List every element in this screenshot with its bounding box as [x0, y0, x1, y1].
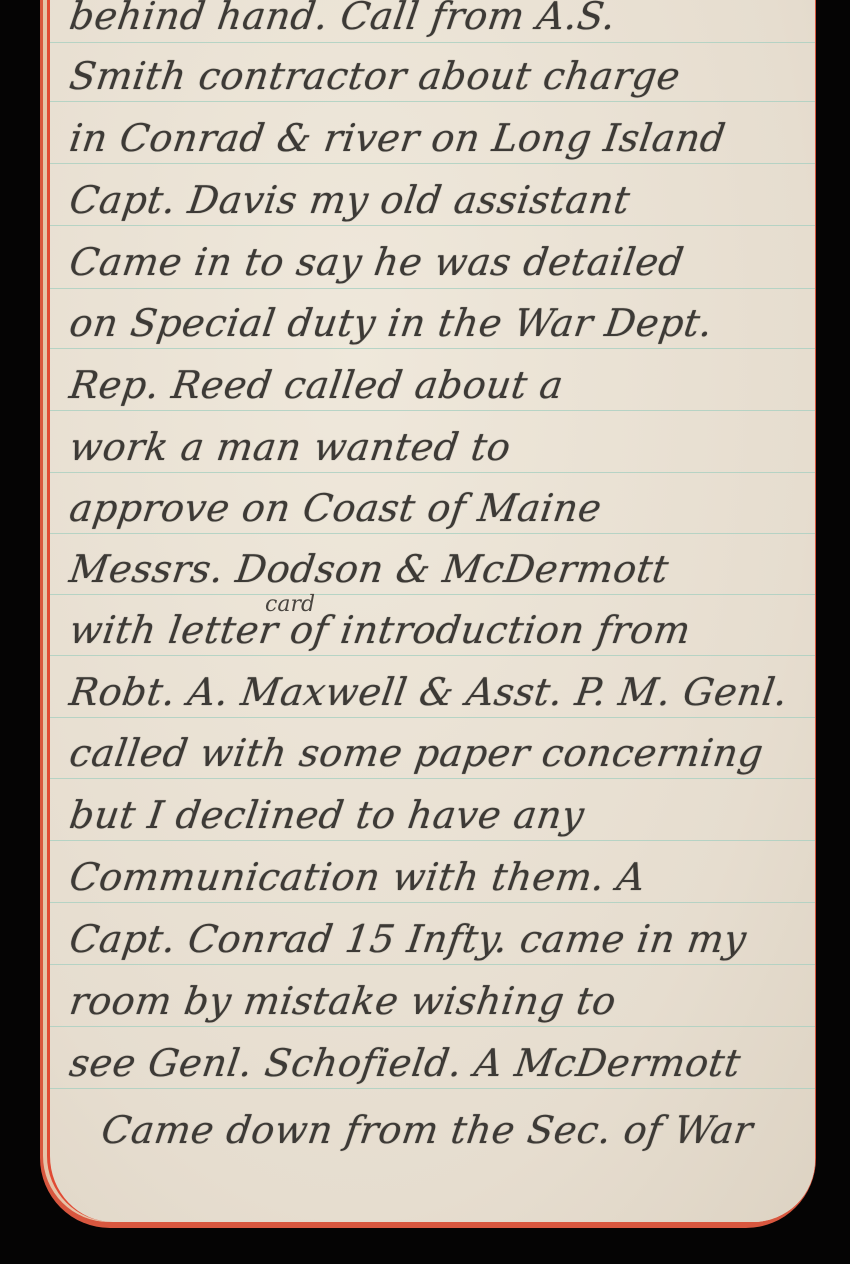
handwritten-line: Capt. Davis my old assistant	[67, 178, 788, 222]
handwritten-line: Smith contractor about charge	[67, 54, 788, 98]
handwritten-line: Capt. Conrad 15 Infty. came in my	[67, 917, 788, 961]
rule-line	[50, 533, 815, 534]
rule-line	[50, 163, 815, 164]
rule-line	[50, 348, 815, 349]
handwritten-line: approve on Coast of Maine	[67, 486, 788, 530]
handwritten-line: Rep. Reed called about a	[67, 363, 788, 407]
rule-line	[50, 840, 815, 841]
handwritten-line: work a man wanted to	[67, 425, 788, 469]
handwritten-line: but I declined to have any	[67, 793, 788, 837]
rule-line	[50, 655, 815, 656]
rule-line	[50, 1026, 815, 1027]
handwritten-line: see Genl. Schofield. A McDermott	[67, 1041, 788, 1085]
rule-line	[50, 472, 815, 473]
rule-line	[50, 778, 815, 779]
handwritten-line: room by mistake wishing to	[67, 979, 788, 1023]
handwritten-line: on Special duty in the War Dept.	[67, 301, 788, 345]
handwritten-line: called with some paper concerning	[67, 731, 788, 775]
rule-line	[50, 410, 815, 411]
handwritten-line: with letter of introduction from	[67, 608, 788, 652]
rule-line	[50, 42, 815, 43]
handwritten-line: behind hand. Call from A.S.	[67, 0, 788, 38]
rule-line	[50, 964, 815, 965]
handwritten-line: Came in to say he was detailed	[67, 240, 788, 284]
rule-line	[50, 1088, 815, 1089]
rule-line	[50, 902, 815, 903]
handwritten-line: Messrs. Dodson & McDermott	[67, 547, 788, 591]
handwritten-line: Communication with them. A	[67, 855, 788, 899]
rule-line	[50, 225, 815, 226]
rule-line	[50, 288, 815, 289]
handwritten-line: Came down from the Sec. of War	[99, 1108, 788, 1152]
notebook-page: behind hand. Call from A.S. Smith contra…	[47, 0, 815, 1222]
handwritten-line: in Conrad & river on Long Island	[67, 116, 788, 160]
rule-line	[50, 717, 815, 718]
rule-line	[50, 101, 815, 102]
rule-line	[50, 594, 815, 595]
handwritten-line: Robt. A. Maxwell & Asst. P. M. Genl.	[67, 670, 788, 714]
